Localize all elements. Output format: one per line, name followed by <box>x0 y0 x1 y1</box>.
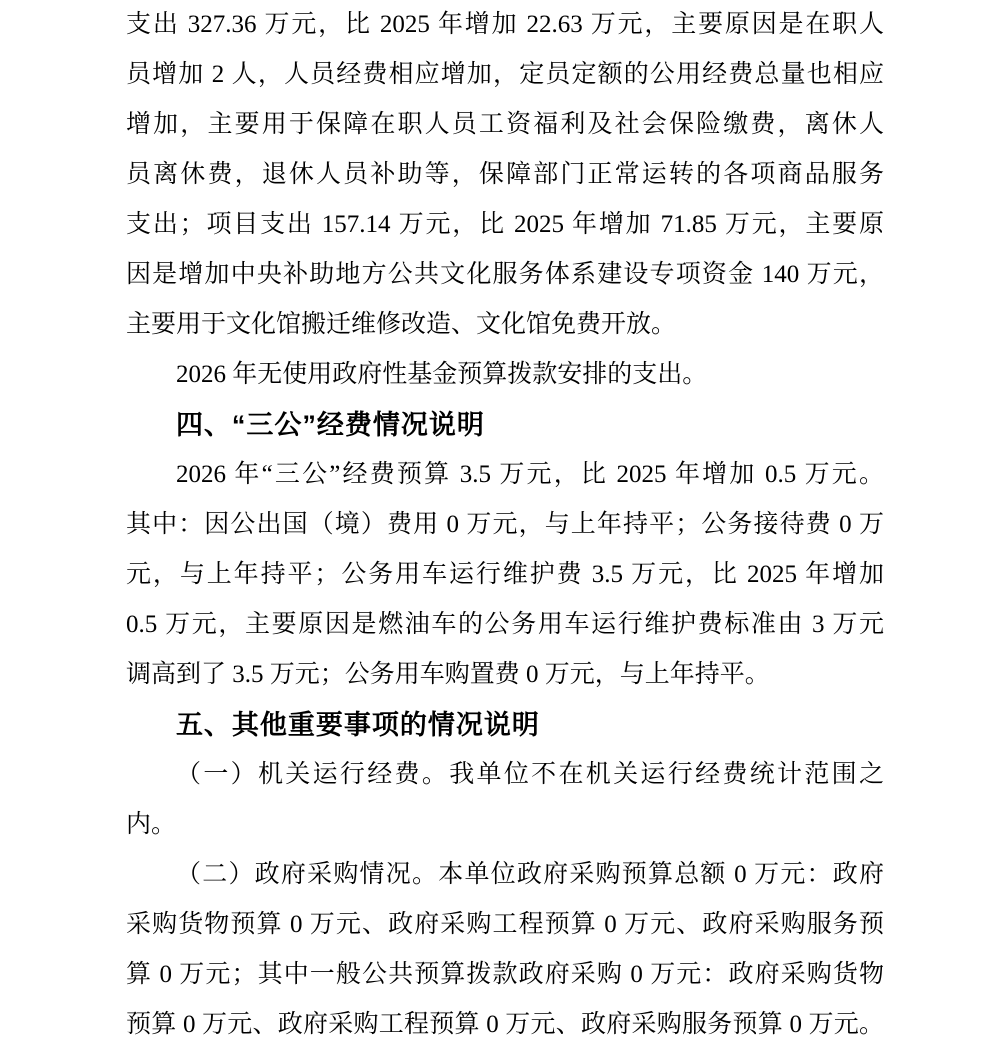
text-line: 预算 0 万元、政府采购工程预算 0 万元、政府采购服务预算 0 万元。 <box>126 1000 884 1050</box>
text-line: 支出；项目支出 157.14 万元，比 2025 年增加 71.85 万元，主要… <box>126 200 884 250</box>
text-line: 增加，主要用于保障在职人员工资福利及社会保险缴费，离休人 <box>126 100 884 150</box>
text-line: 0.5 万元，主要原因是燃油车的公务用车运行维护费标准由 3 万元 <box>126 600 884 650</box>
document-page: 支出 327.36 万元，比 2025 年增加 22.63 万元，主要原因是在职… <box>0 0 1000 1053</box>
text-line: 内。 <box>126 800 884 850</box>
text-line: （一）机关运行经费。我单位不在机关运行经费统计范围之 <box>126 750 884 800</box>
text-line: 员增加 2 人，人员经费相应增加，定员定额的公用经费总量也相应 <box>126 50 884 100</box>
text-line: （二）政府采购情况。本单位政府采购预算总额 0 万元：政府 <box>126 850 884 900</box>
text-line: 其中：因公出国（境）费用 0 万元，与上年持平；公务接待费 0 万 <box>126 500 884 550</box>
text-line: 主要用于文化馆搬迁维修改造、文化馆免费开放。 <box>126 300 884 350</box>
text-line: 因是增加中央补助地方公共文化服务体系建设专项资金 140 万元， <box>126 250 884 300</box>
text-line: 元，与上年持平；公务用车运行维护费 3.5 万元，比 2025 年增加 <box>126 550 884 600</box>
text-line: 2026 年无使用政府性基金预算拨款安排的支出。 <box>126 350 884 400</box>
section-heading-sangong: 四、“三公”经费情况说明 <box>126 400 884 450</box>
section-heading-other: 五、其他重要事项的情况说明 <box>126 700 884 750</box>
text-line: 员离休费，退休人员补助等，保障部门正常运转的各项商品服务 <box>126 150 884 200</box>
text-column: 支出 327.36 万元，比 2025 年增加 22.63 万元，主要原因是在职… <box>126 0 884 1050</box>
text-line: 算 0 万元；其中一般公共预算拨款政府采购 0 万元：政府采购货物 <box>126 950 884 1000</box>
text-line: 采购货物预算 0 万元、政府采购工程预算 0 万元、政府采购服务预 <box>126 900 884 950</box>
text-line: 调高到了 3.5 万元；公务用车购置费 0 万元，与上年持平。 <box>126 650 884 700</box>
text-line: 2026 年“三公”经费预算 3.5 万元，比 2025 年增加 0.5 万元。 <box>126 450 884 500</box>
text-line: 支出 327.36 万元，比 2025 年增加 22.63 万元，主要原因是在职… <box>126 0 884 50</box>
